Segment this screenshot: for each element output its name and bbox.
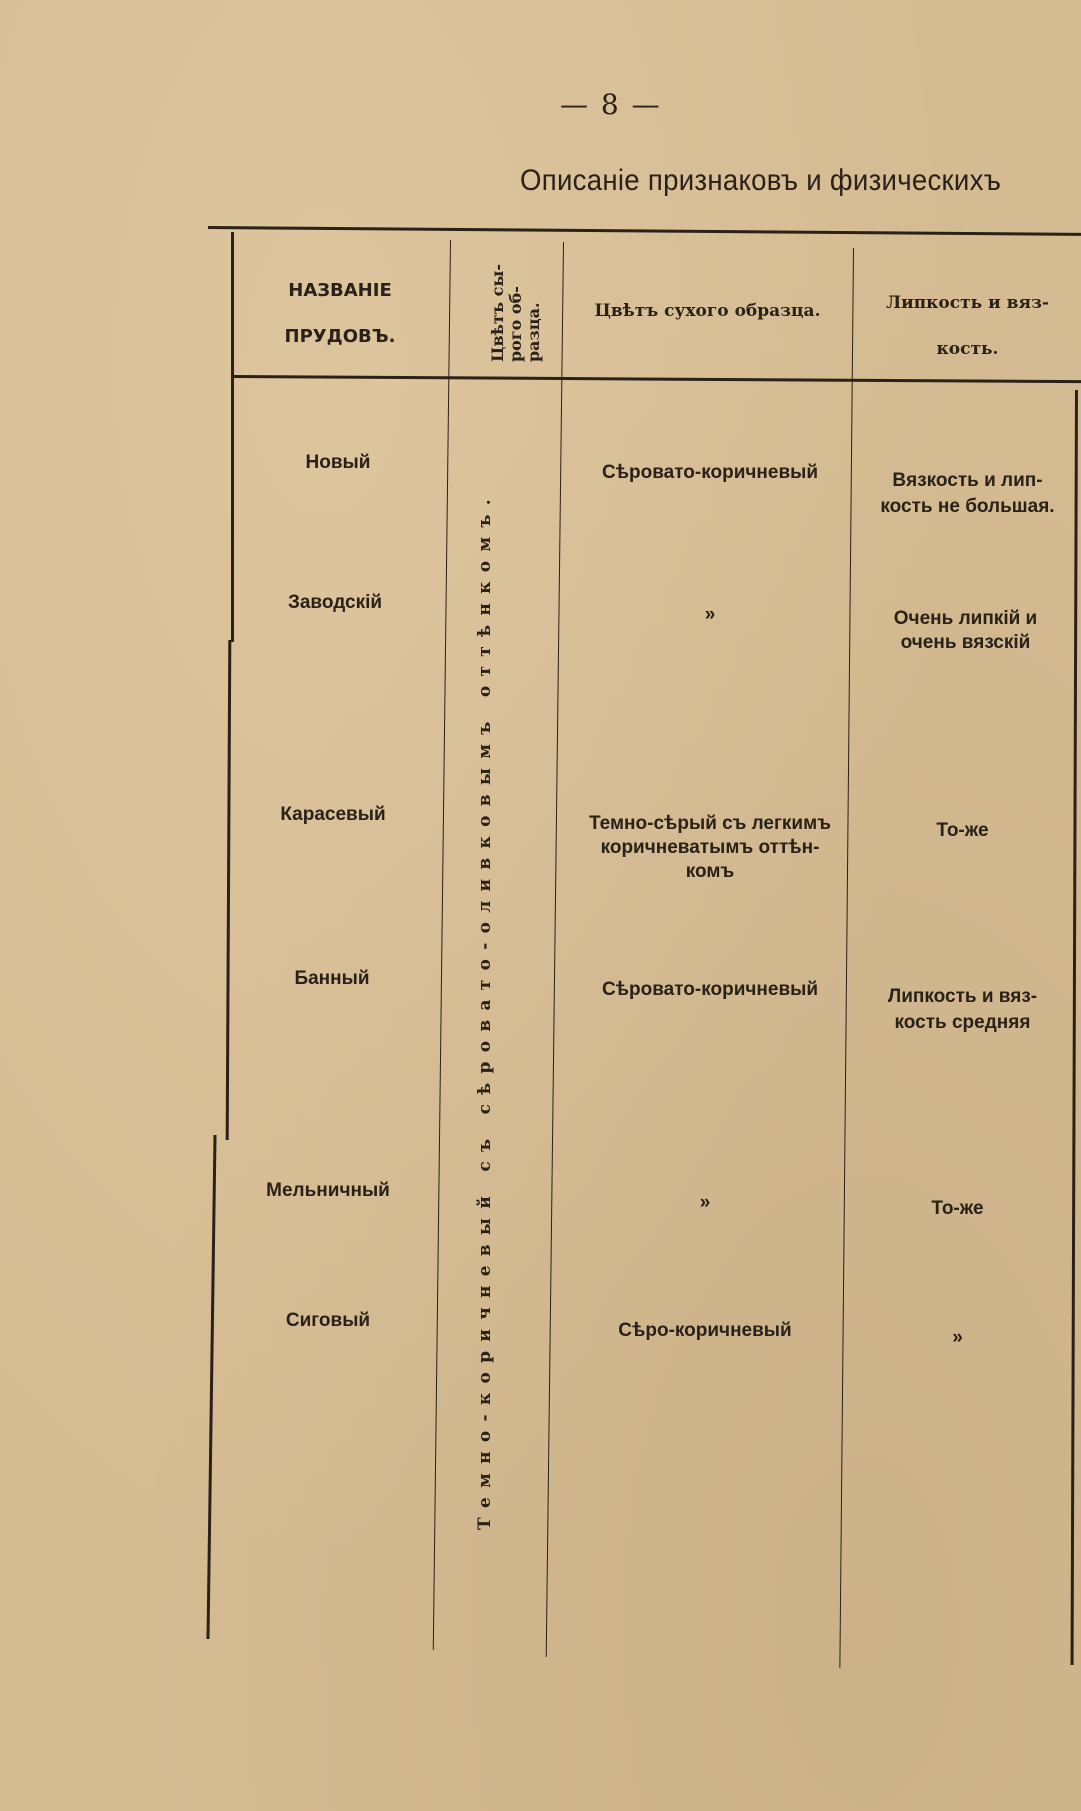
left-border-bottom xyxy=(206,1135,216,1639)
row-name: Новый xyxy=(238,450,438,476)
row-stickiness-line: кость средняя xyxy=(855,1010,1070,1036)
row-name: Банный xyxy=(232,966,432,992)
raw-color-merged-cell: Темно-коричневый съ сѣровато-оливковымъ … xyxy=(445,500,525,1520)
row-dry-color: » xyxy=(560,1190,850,1216)
header-dry-color: Цвѣтъ сухого образца. xyxy=(570,298,845,324)
row-dry-color-line: коричневатымъ оттѣн- xyxy=(565,836,855,860)
row-dry-color-line: Темно-сѣрый съ легкимъ xyxy=(565,812,855,836)
row-dry-color: Сѣровато-коричневый xyxy=(570,460,850,486)
page-title: Описаніе признаковъ и физическихъ xyxy=(520,164,1001,198)
raw-color-merged-text: Темно-коричневый съ сѣровато-оливковымъ … xyxy=(475,490,495,1530)
left-border-lower xyxy=(226,640,232,1140)
row-stickiness: Вязкость и лип- кость не большая. xyxy=(860,468,1075,520)
header-raw-color: Цвѣтъ сы- рого об- разца. xyxy=(466,250,566,375)
header-stickiness-line-1: Липкость и вяз- xyxy=(860,280,1075,326)
row-name: Мельничный xyxy=(228,1178,428,1204)
row-name: Сиговый xyxy=(228,1308,428,1334)
left-border xyxy=(231,232,234,642)
row-stickiness-line: очень вязскій xyxy=(858,631,1073,655)
header-name-line-1: НАЗВАНІЕ xyxy=(240,268,440,314)
row-dry-color-line: комъ xyxy=(565,860,855,884)
header-stickiness-line-2: кость. xyxy=(860,326,1075,372)
row-dry-color: Сѣро-коричневый xyxy=(560,1318,850,1344)
row-name: Карасевый xyxy=(233,802,433,828)
row-dry-color: Темно-сѣрый съ легкимъ коричневатымъ отт… xyxy=(565,812,855,884)
col-divider-2 xyxy=(546,242,564,1657)
header-bottom-rule xyxy=(234,375,1081,383)
row-stickiness: То-же xyxy=(855,818,1070,844)
row-stickiness: Очень липкій и очень вязскій xyxy=(858,607,1073,655)
header-stickiness: Липкость и вяз- кость. xyxy=(860,280,1075,372)
row-stickiness-line: кость не большая. xyxy=(860,494,1075,520)
row-stickiness-line: Вязкость и лип- xyxy=(860,468,1075,494)
row-stickiness-line: Липкость и вяз- xyxy=(855,984,1070,1010)
right-border xyxy=(1071,390,1078,1665)
row-stickiness: Липкость и вяз- кость средняя xyxy=(855,984,1070,1036)
row-dry-color: » xyxy=(570,602,850,628)
header-raw-color-text: Цвѣтъ сы- рого об- разца. xyxy=(489,263,543,361)
row-stickiness-line: Очень липкій и xyxy=(858,607,1073,631)
header-name: НАЗВАНІЕ ПРУДОВЪ. xyxy=(240,268,440,360)
row-stickiness: То-же xyxy=(850,1196,1065,1222)
row-stickiness: » xyxy=(850,1325,1065,1351)
top-rule xyxy=(208,226,1081,236)
row-dry-color: Сѣровато-коричневый xyxy=(565,977,855,1003)
page-number: — 8 — xyxy=(560,88,662,121)
header-name-line-2: ПРУДОВЪ. xyxy=(240,314,440,360)
row-name: Заводскій xyxy=(235,590,435,616)
